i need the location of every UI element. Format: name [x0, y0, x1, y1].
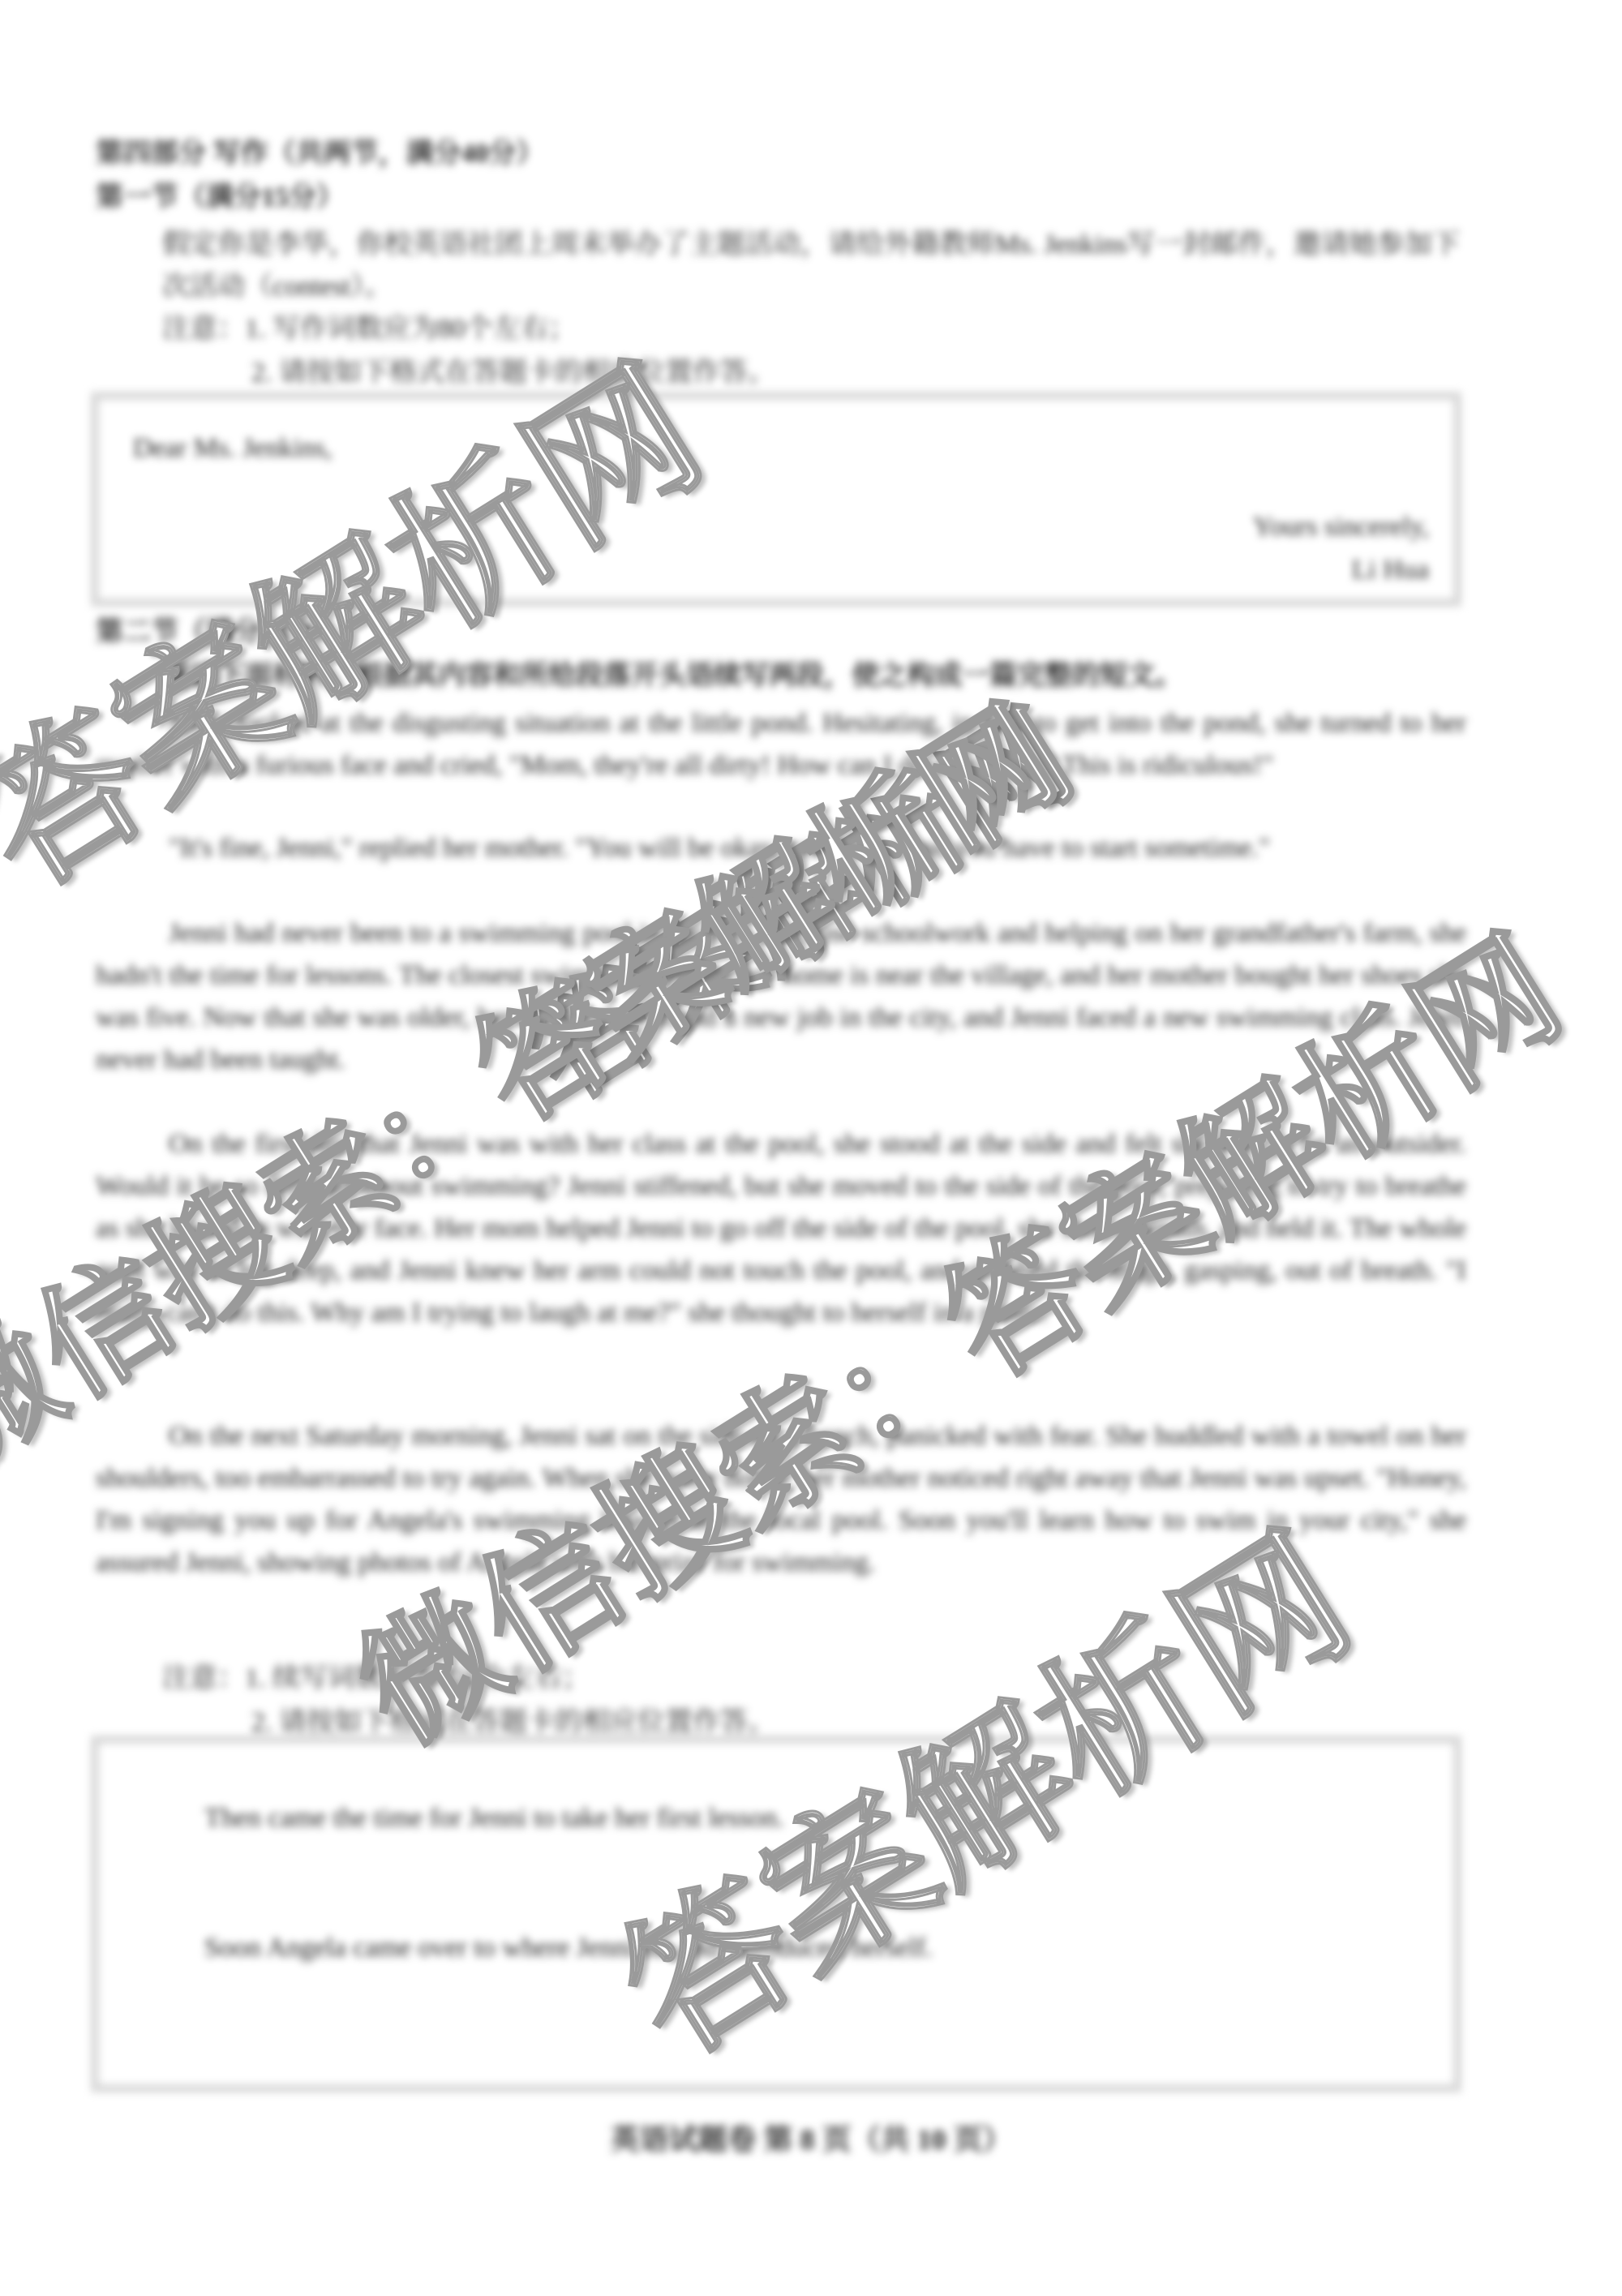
- passage-paragraph: Jenni had never been to a swimming pool …: [96, 912, 1466, 1081]
- continuation-prompt-1: Then came the time for Jenni to take her…: [204, 1800, 784, 1836]
- part2-instruction: 阅读下面材料，根据其内容和所给段落开头语续写两段，使之构成一篇完整的短文。: [162, 659, 1182, 694]
- part1-note-2: 2. 请按如下格式在答题卡的相应位置作答。: [251, 355, 775, 391]
- page-footer: 英语试题卷 第 8 页（共 10 页）: [0, 2117, 1622, 2158]
- passage-paragraph: Jenni looked at the disgusting situation…: [96, 702, 1466, 787]
- continuation-answer-box: Then came the time for Jenni to take her…: [91, 1736, 1461, 2092]
- part1-instruction: 假定你是李华，你校英语社团上周末举办了主题活动，请给外籍教师Ms. Jenkin…: [162, 224, 1460, 308]
- part2-note-1: 注意：1. 续写词数应为150个左右；: [162, 1661, 590, 1697]
- continuation-prompt-2: Soon Angela came over to where Jenni sat…: [204, 1930, 933, 1966]
- passage-paragraph: On the first day that Jenni was with her…: [96, 1123, 1466, 1334]
- letter-signature: Li Hua: [1352, 552, 1429, 588]
- part1-note-1: 注意：1. 写作词数应为80个左右；: [162, 311, 576, 347]
- letter-answer-box: Dear Ms. Jenkins, Yours sincerely, Li Hu…: [91, 392, 1461, 607]
- letter-salutation: Dear Ms. Jenkins,: [133, 431, 333, 466]
- exam-page: 第四部分 写作（共两节，满分40分） 第一节（满分15分） 假定你是李华，你校英…: [0, 0, 1622, 2296]
- part2-title: 第二节（满分25分）: [96, 615, 344, 650]
- section-title: 第四部分 写作（共两节，满分40分）: [96, 136, 544, 172]
- part1-title: 第一节（满分15分）: [96, 180, 344, 216]
- passage-paragraph: "It's fine, Jenni," replied her mother. …: [96, 827, 1466, 869]
- letter-closing: Yours sincerely,: [1253, 509, 1429, 545]
- passage-paragraph: On the next Saturday morning, Jenni sat …: [96, 1415, 1466, 1584]
